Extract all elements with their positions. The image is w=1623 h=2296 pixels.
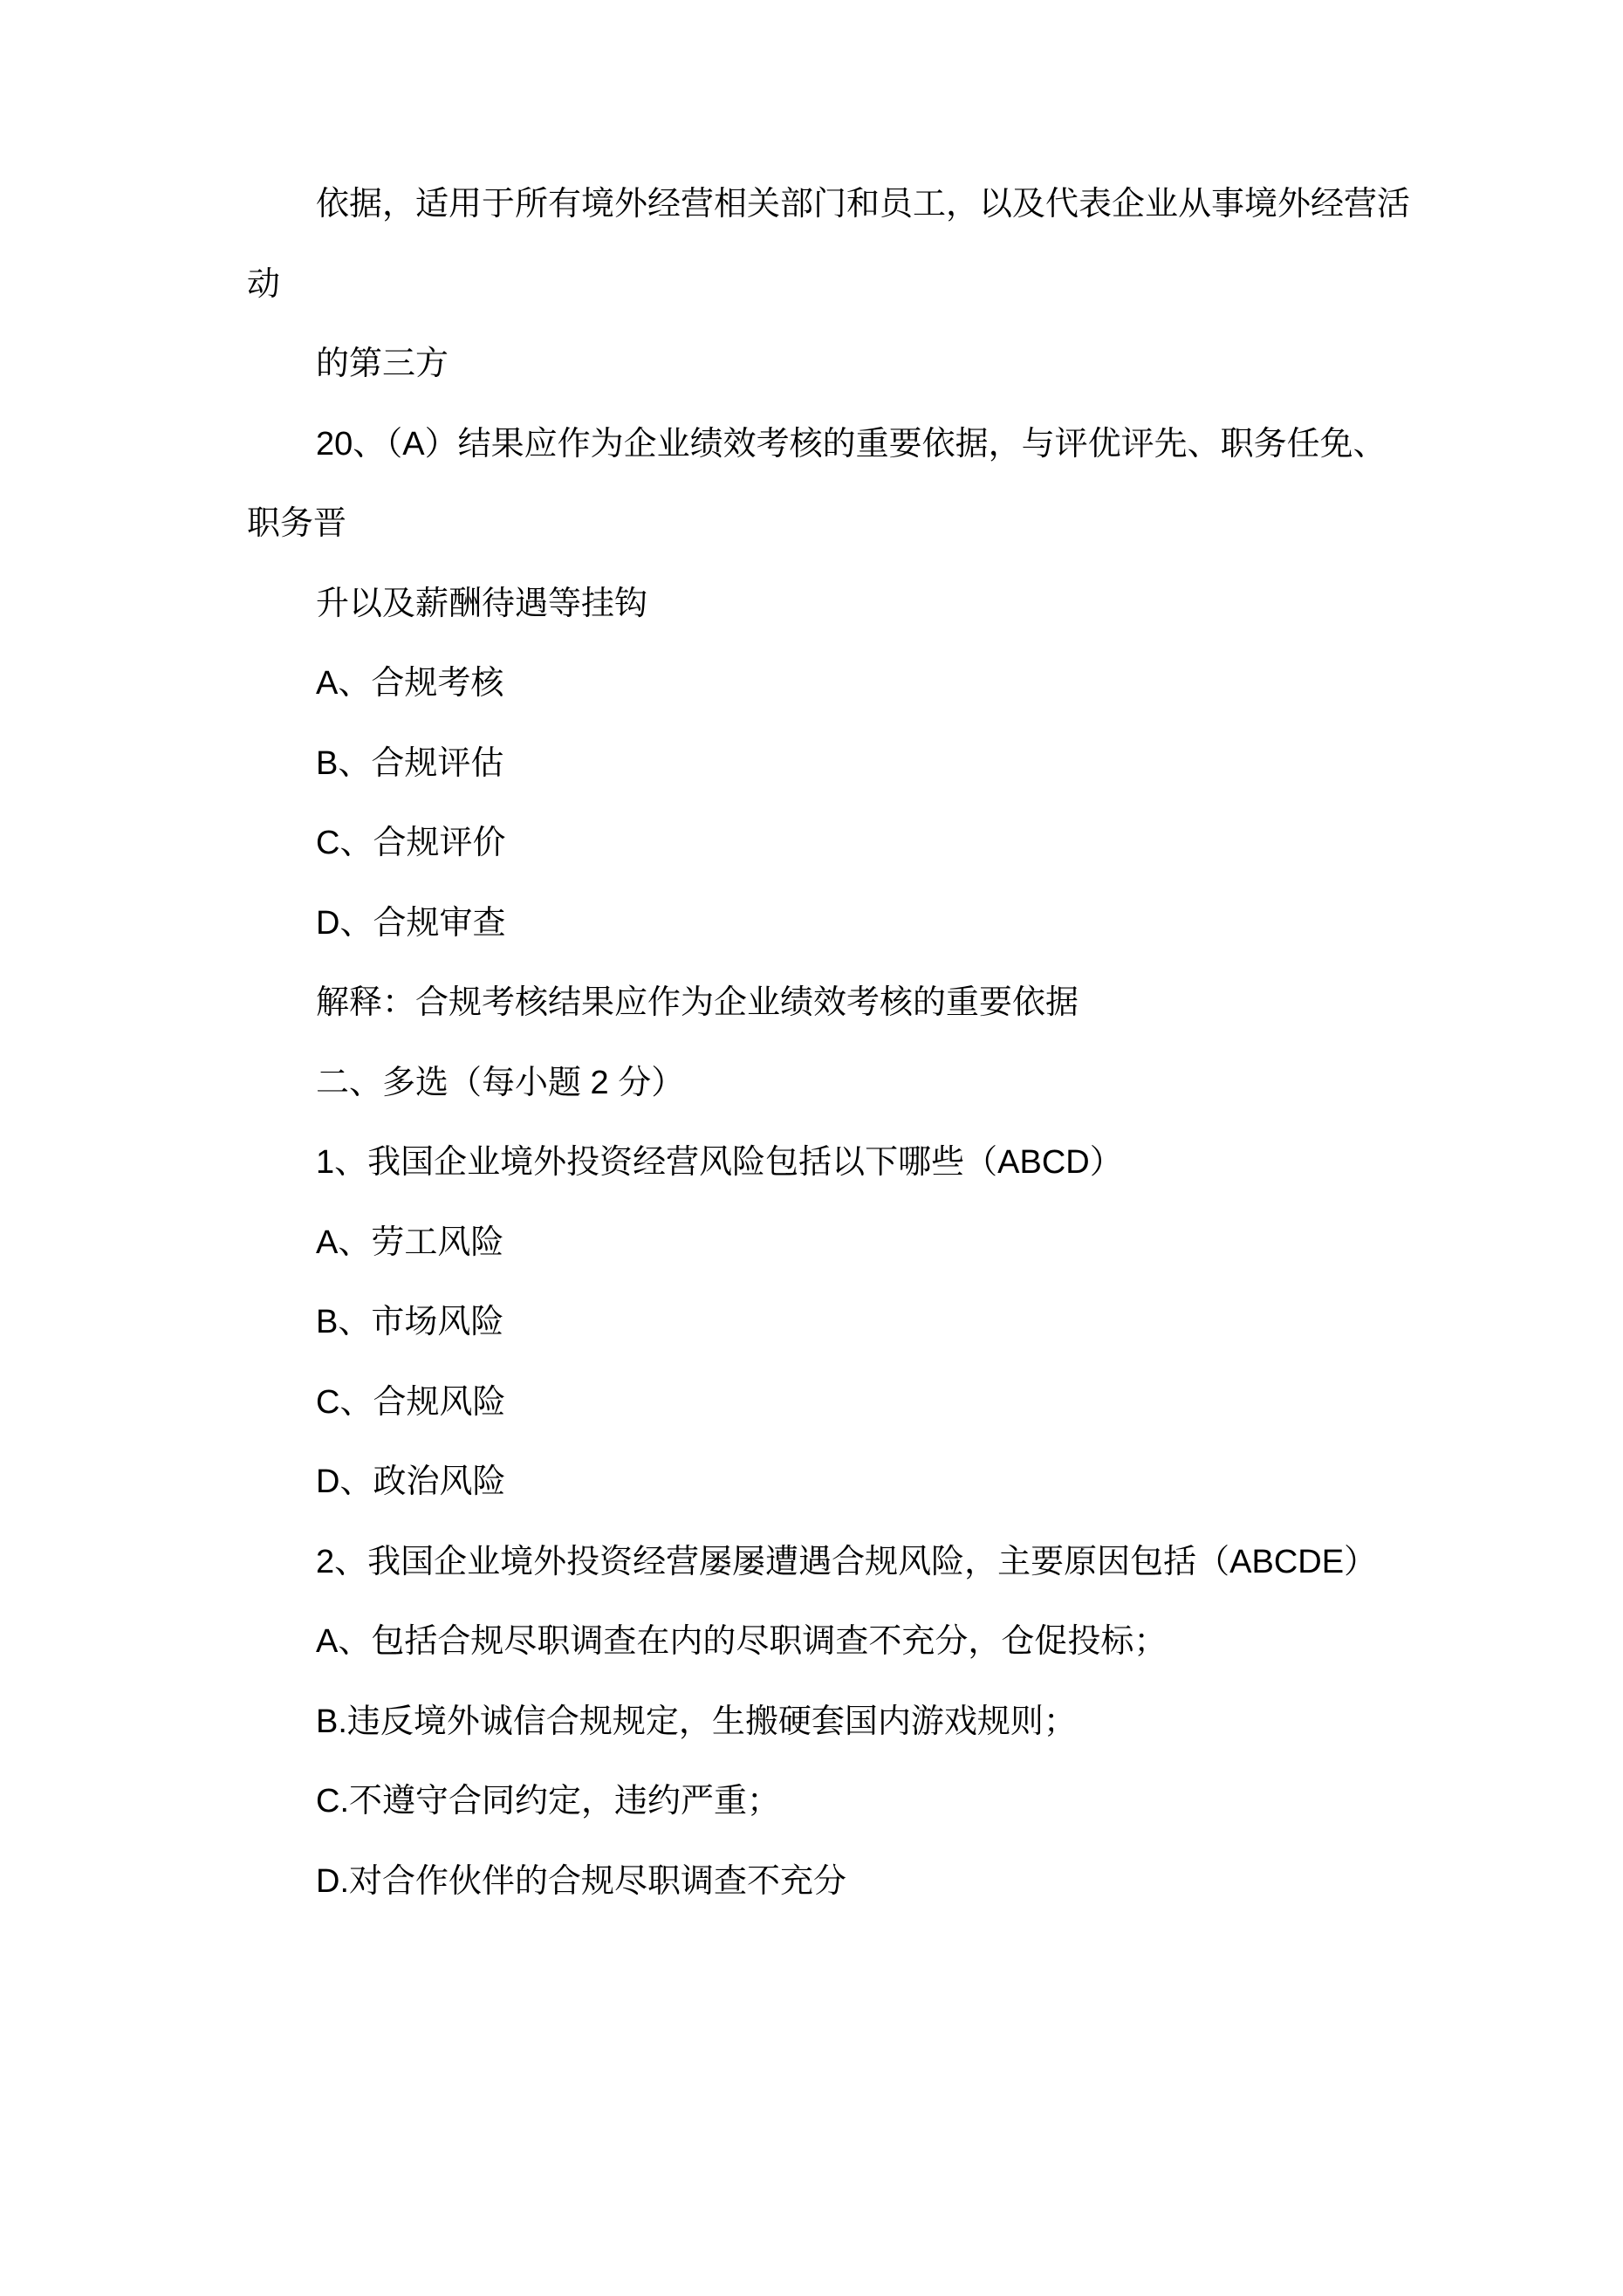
question-20-stem-line-3: 升以及薪酬待遇等挂钩: [247, 565, 1410, 645]
carryover-paragraph-line-3: 的第三方: [247, 325, 1410, 405]
question-20-option-a: A、合规考核: [247, 644, 1410, 724]
question-20-stem-line-2: 职务晋: [247, 484, 1410, 565]
question-2-option-a: A、包括合规尽职调查在内的尽职调查不充分，仓促投标；: [247, 1602, 1410, 1683]
question-1-option-d: D、政治风险: [247, 1443, 1410, 1523]
question-2-stem: 2、我国企业境外投资经营屡屡遭遇合规风险，主要原因包括（ABCDE）: [247, 1523, 1410, 1603]
question-20-option-c: C、合规评价: [247, 804, 1410, 884]
document-text-block: 依据，适用于所有境外经营相关部门和员工，以及代表企业从事境外经营活 动 的第三方…: [247, 165, 1410, 1922]
question-20-option-b: B、合规评估: [247, 724, 1410, 805]
question-20-option-d: D、合规审查: [247, 884, 1410, 964]
question-1-option-b: B、市场风险: [247, 1283, 1410, 1363]
question-1-stem: 1、我国企业境外投资经营风险包括以下哪些（ABCD）: [247, 1123, 1410, 1203]
question-1-option-a: A、劳工风险: [247, 1203, 1410, 1284]
question-1-option-c: C、合规风险: [247, 1363, 1410, 1443]
carryover-paragraph-line-2: 动: [247, 245, 1410, 326]
question-20-stem-line-1: 20、（A）结果应作为企业绩效考核的重要依据，与评优评先、职务任免、: [247, 405, 1410, 485]
question-2-option-b: B.违反境外诚信合规规定，生搬硬套国内游戏规则；: [247, 1683, 1410, 1763]
document-page: 依据，适用于所有境外经营相关部门和员工，以及代表企业从事境外经营活 动 的第三方…: [0, 0, 1623, 2296]
section-2-multiple-choice-heading: 二、多选（每小题 2 分）: [247, 1044, 1410, 1124]
question-2-option-d: D.对合作伙伴的合规尽职调查不充分: [247, 1842, 1410, 1922]
question-20-explanation: 解释：合规考核结果应作为企业绩效考核的重要依据: [247, 963, 1410, 1044]
carryover-paragraph-line-1: 依据，适用于所有境外经营相关部门和员工，以及代表企业从事境外经营活: [247, 165, 1410, 245]
question-2-option-c: C.不遵守合同约定，违约严重；: [247, 1762, 1410, 1842]
